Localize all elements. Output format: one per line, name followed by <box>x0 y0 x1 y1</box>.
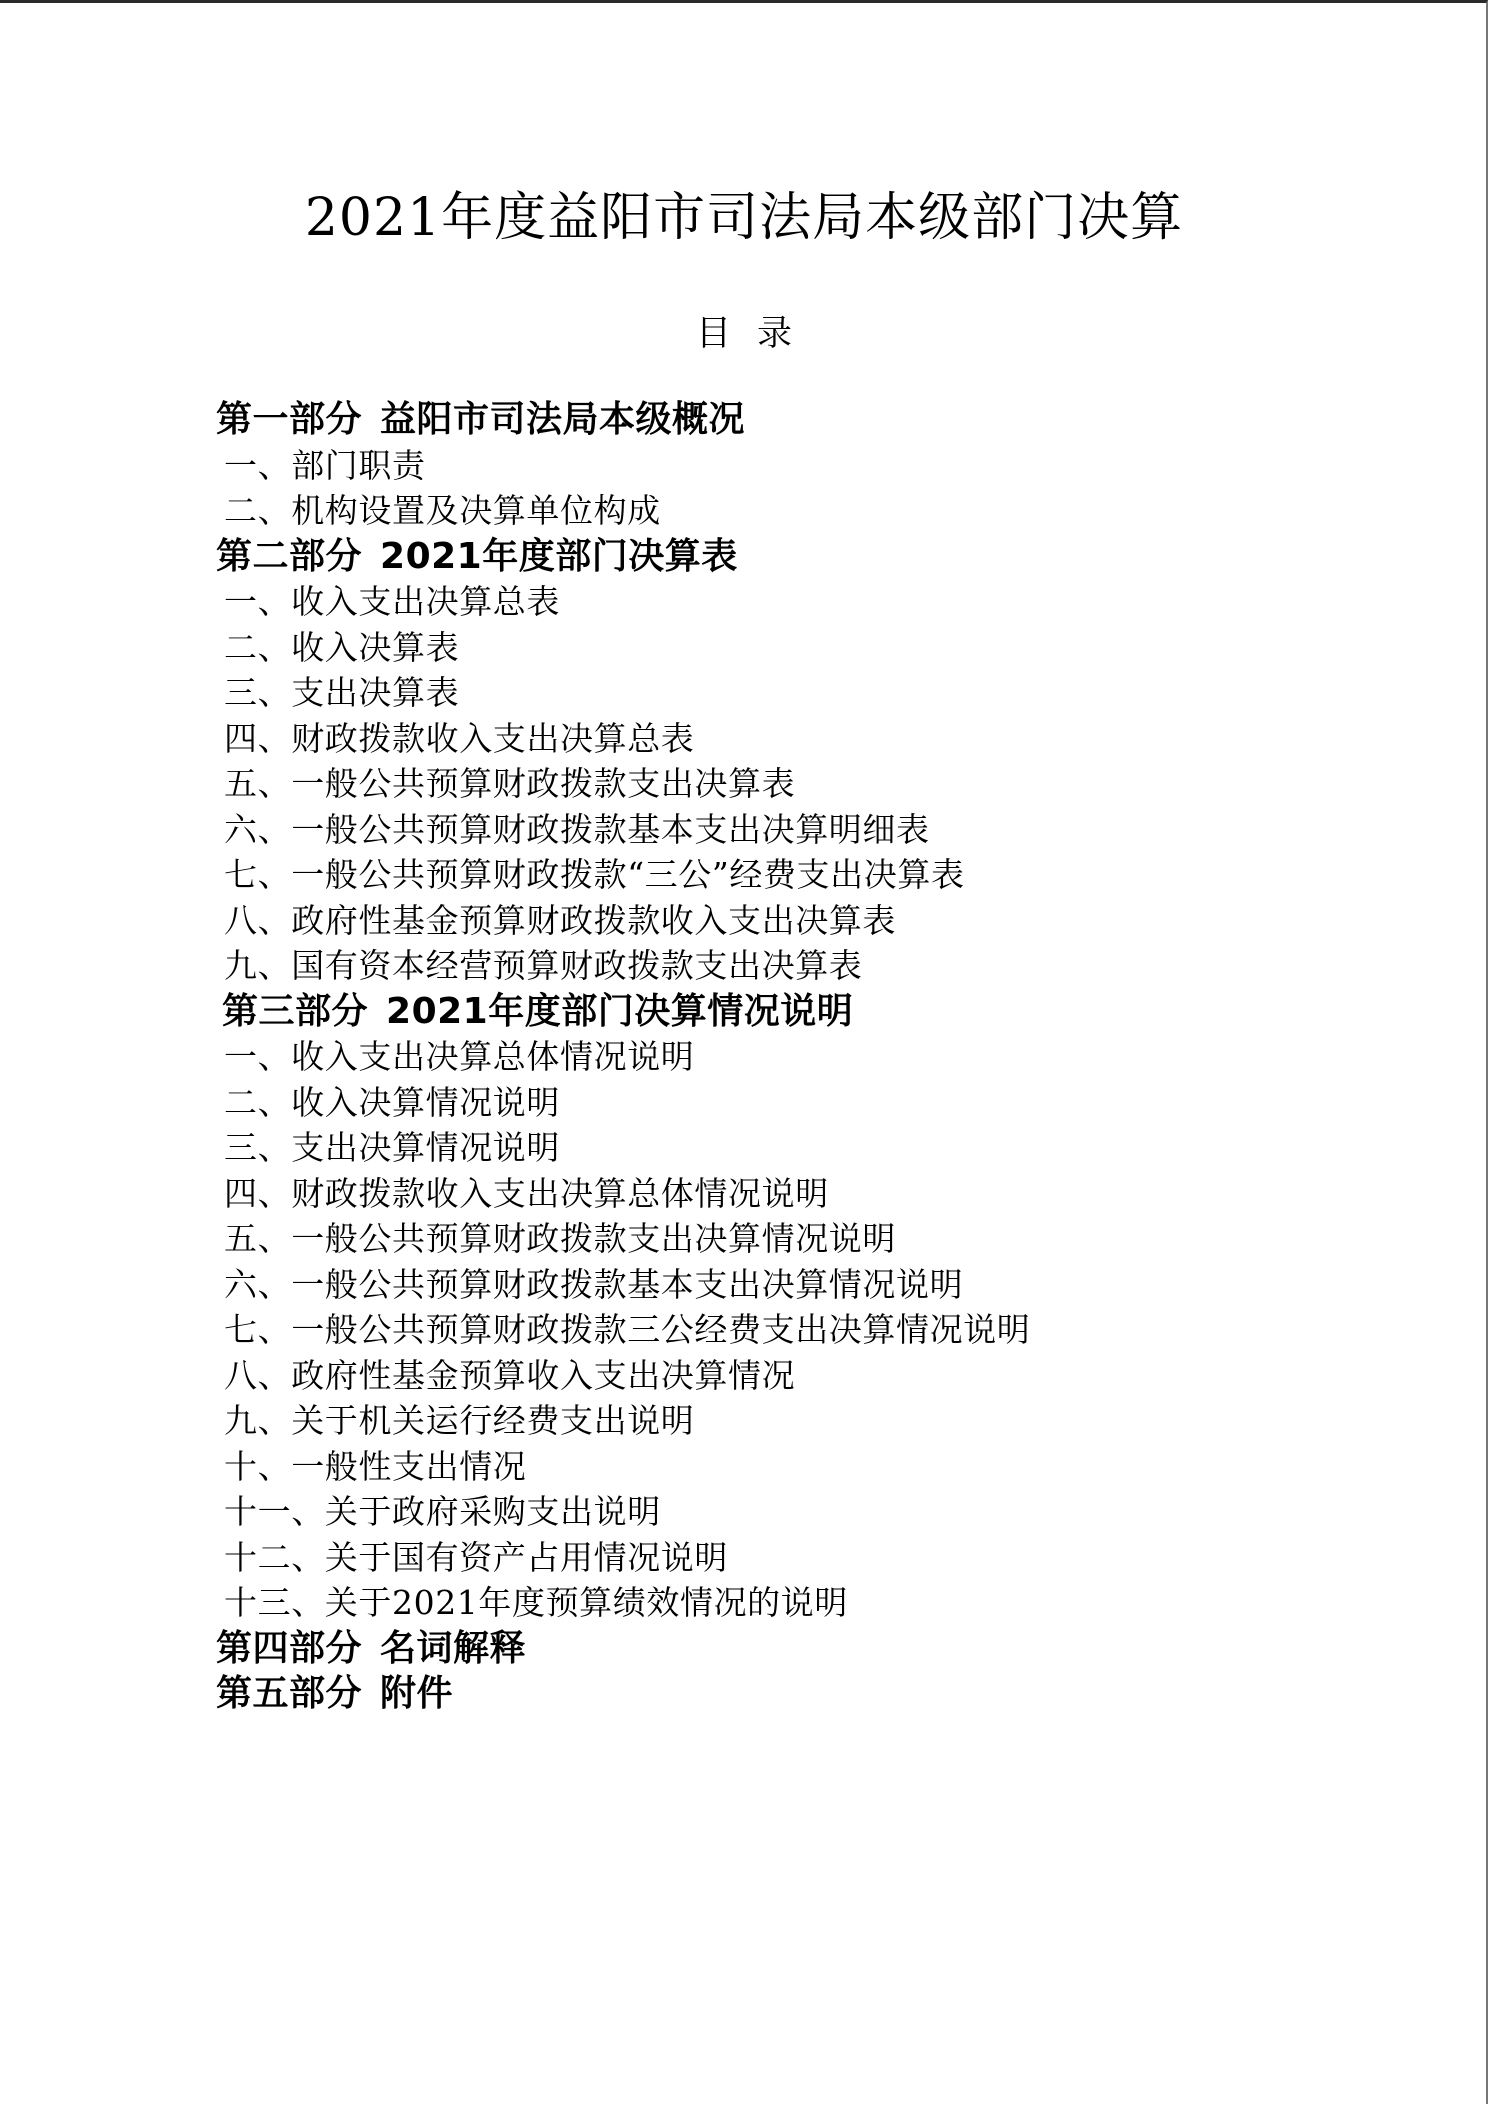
part-label: 第二部分 <box>216 534 362 580</box>
part-title: 2021年度部门决算表 <box>380 536 738 577</box>
part-label: 第四部分 <box>216 1626 362 1672</box>
toc-item[interactable]: 十、一般性支出情况 <box>216 1444 1316 1490</box>
toc-heading-char-1: 目 <box>696 314 731 354</box>
toc-item[interactable]: 五、一般公共预算财政拨款支出决算情况说明 <box>216 1216 1316 1262</box>
table-of-contents: 第一部分益阳市司法局本级概况 一、部门职责 二、机构设置及决算单位构成 第二部分… <box>216 397 1316 1717</box>
toc-item[interactable]: 六、一般公共预算财政拨款基本支出决算情况说明 <box>216 1262 1316 1308</box>
toc-item[interactable]: 一、收入支出决算总表 <box>216 579 1316 625</box>
toc-heading: 目录 <box>0 309 1488 359</box>
toc-item[interactable]: 三、支出决算情况说明 <box>216 1125 1316 1171</box>
part-title: 附件 <box>380 1673 453 1714</box>
part-label: 第一部分 <box>216 397 362 443</box>
toc-item[interactable]: 七、一般公共预算财政拨款三公经费支出决算情况说明 <box>216 1307 1316 1353</box>
toc-item[interactable]: 十一、关于政府采购支出说明 <box>216 1489 1316 1535</box>
part-title: 名词解释 <box>380 1628 526 1669</box>
toc-part-5-heading[interactable]: 第五部分附件 <box>216 1671 1316 1717</box>
document-page: 2021年度益阳市司法局本级部门决算 目录 第一部分益阳市司法局本级概况 一、部… <box>0 0 1488 2104</box>
toc-item[interactable]: 九、国有资本经营预算财政拨款支出决算表 <box>216 943 1316 989</box>
toc-item[interactable]: 八、政府性基金预算财政拨款收入支出决算表 <box>216 898 1316 944</box>
toc-item[interactable]: 五、一般公共预算财政拨款支出决算表 <box>216 761 1316 807</box>
part-label: 第三部分 <box>222 989 368 1035</box>
toc-heading-char-2: 录 <box>757 314 792 354</box>
toc-item[interactable]: 二、机构设置及决算单位构成 <box>216 488 1316 534</box>
toc-item[interactable]: 八、政府性基金预算收入支出决算情况 <box>216 1353 1316 1399</box>
toc-item[interactable]: 一、收入支出决算总体情况说明 <box>216 1034 1316 1080</box>
toc-item[interactable]: 二、收入决算表 <box>216 625 1316 671</box>
toc-item[interactable]: 七、一般公共预算财政拨款“三公”经费支出决算表 <box>216 852 1316 898</box>
toc-part-2-heading[interactable]: 第二部分2021年度部门决算表 <box>216 534 1316 580</box>
toc-item[interactable]: 六、一般公共预算财政拨款基本支出决算明细表 <box>216 807 1316 853</box>
toc-item[interactable]: 一、部门职责 <box>216 443 1316 489</box>
part-title: 2021年度部门决算情况说明 <box>386 991 853 1032</box>
part-title: 益阳市司法局本级概况 <box>380 399 745 440</box>
toc-item[interactable]: 四、财政拨款收入支出决算总体情况说明 <box>216 1171 1316 1217</box>
part-label: 第五部分 <box>216 1671 362 1717</box>
toc-item[interactable]: 十三、关于2021年度预算绩效情况的说明 <box>216 1580 1316 1626</box>
toc-part-3-heading[interactable]: 第三部分2021年度部门决算情况说明 <box>216 989 1316 1035</box>
toc-item[interactable]: 九、关于机关运行经费支出说明 <box>216 1398 1316 1444</box>
toc-item[interactable]: 四、财政拨款收入支出决算总表 <box>216 716 1316 762</box>
toc-item[interactable]: 三、支出决算表 <box>216 670 1316 716</box>
document-title: 2021年度益阳市司法局本级部门决算 <box>0 183 1488 253</box>
toc-part-1-heading[interactable]: 第一部分益阳市司法局本级概况 <box>216 397 1316 443</box>
toc-item[interactable]: 二、收入决算情况说明 <box>216 1080 1316 1126</box>
toc-item[interactable]: 十二、关于国有资产占用情况说明 <box>216 1535 1316 1581</box>
toc-part-4-heading[interactable]: 第四部分名词解释 <box>216 1626 1316 1672</box>
